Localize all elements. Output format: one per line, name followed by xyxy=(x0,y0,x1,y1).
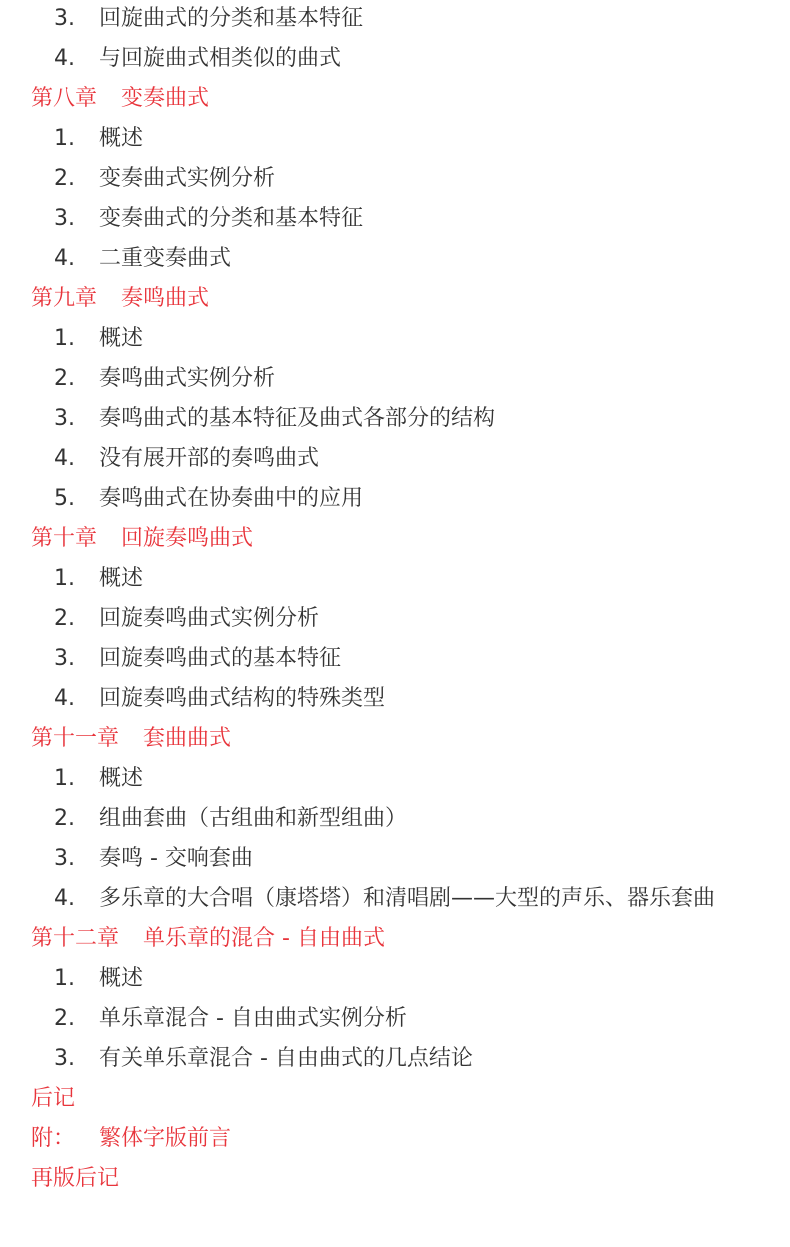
chapter-heading: 再版后记 xyxy=(31,1159,119,1199)
item-text: 与回旋曲式相类似的曲式 xyxy=(99,46,341,71)
toc-item: 3.变奏曲式的分类和基本特征 xyxy=(54,199,363,239)
item-text: 组曲套曲（古组曲和新型组曲） xyxy=(99,806,407,831)
item-text: 概述 xyxy=(99,126,143,151)
item-text: 奏鸣曲式实例分析 xyxy=(99,366,275,391)
item-text: 有关单乐章混合 - 自由曲式的几点结论 xyxy=(99,1046,473,1071)
item-number: 3. xyxy=(54,399,99,439)
toc-item: 4.没有展开部的奏鸣曲式 xyxy=(54,439,319,479)
item-number: 4. xyxy=(54,239,99,279)
item-number: 2. xyxy=(54,359,99,399)
item-text: 奏鸣 - 交响套曲 xyxy=(99,846,253,871)
chapter-title: 奏鸣曲式 xyxy=(121,286,209,311)
toc-item: 2.组曲套曲（古组曲和新型组曲） xyxy=(54,799,407,839)
chapter-title: 套曲曲式 xyxy=(143,726,231,751)
item-number: 4. xyxy=(54,879,99,919)
toc-item: 4.二重变奏曲式 xyxy=(54,239,231,279)
item-number: 5. xyxy=(54,479,99,519)
chapter-heading: 第十章回旋奏鸣曲式 xyxy=(31,519,253,559)
chapter-label: 第八章 xyxy=(31,86,97,111)
toc-item: 3.有关单乐章混合 - 自由曲式的几点结论 xyxy=(54,1039,473,1079)
item-text: 奏鸣曲式在协奏曲中的应用 xyxy=(99,486,363,511)
item-text: 回旋奏鸣曲式的基本特征 xyxy=(99,646,341,671)
toc-item: 4.与回旋曲式相类似的曲式 xyxy=(54,39,341,79)
toc-item: 2.变奏曲式实例分析 xyxy=(54,159,275,199)
item-text: 没有展开部的奏鸣曲式 xyxy=(99,446,319,471)
chapter-title: 单乐章的混合 - 自由曲式 xyxy=(143,926,385,951)
item-text: 概述 xyxy=(99,766,143,791)
item-number: 3. xyxy=(54,1039,99,1079)
item-text: 回旋曲式的分类和基本特征 xyxy=(99,6,363,31)
item-number: 1. xyxy=(54,559,99,599)
item-number: 3. xyxy=(54,839,99,879)
chapter-label: 再版后记 xyxy=(31,1166,119,1191)
toc-item: 2.回旋奏鸣曲式实例分析 xyxy=(54,599,319,639)
item-number: 3. xyxy=(54,0,99,39)
item-text: 概述 xyxy=(99,966,143,991)
toc-item: 1.概述 xyxy=(54,959,143,999)
chapter-heading: 附：繁体字版前言 xyxy=(31,1119,231,1159)
chapter-heading: 第八章变奏曲式 xyxy=(31,79,209,119)
toc-item: 1.概述 xyxy=(54,759,143,799)
item-text: 概述 xyxy=(99,566,143,591)
item-number: 4. xyxy=(54,439,99,479)
item-text: 回旋奏鸣曲式实例分析 xyxy=(99,606,319,631)
item-number: 1. xyxy=(54,759,99,799)
chapter-label: 第十二章 xyxy=(31,926,119,951)
toc-item: 3.回旋曲式的分类和基本特征 xyxy=(54,0,363,39)
chapter-title: 繁体字版前言 xyxy=(99,1126,231,1151)
toc-item: 3.奏鸣 - 交响套曲 xyxy=(54,839,253,879)
chapter-label: 第九章 xyxy=(31,286,97,311)
chapter-label: 第十章 xyxy=(31,526,97,551)
toc-item: 3.回旋奏鸣曲式的基本特征 xyxy=(54,639,341,679)
item-text: 概述 xyxy=(99,326,143,351)
item-number: 2. xyxy=(54,159,99,199)
chapter-heading: 后记 xyxy=(31,1079,75,1119)
toc-item: 3.奏鸣曲式的基本特征及曲式各部分的结构 xyxy=(54,399,495,439)
chapter-label: 第十一章 xyxy=(31,726,119,751)
item-text: 多乐章的大合唱（康塔塔）和清唱剧——大型的声乐、器乐套曲 xyxy=(99,886,715,911)
item-number: 4. xyxy=(54,39,99,79)
chapter-heading: 第九章奏鸣曲式 xyxy=(31,279,209,319)
toc-item: 1.概述 xyxy=(54,319,143,359)
item-text: 单乐章混合 - 自由曲式实例分析 xyxy=(99,1006,407,1031)
item-number: 2. xyxy=(54,599,99,639)
item-text: 二重变奏曲式 xyxy=(99,246,231,271)
chapter-label: 后记 xyxy=(31,1086,75,1111)
chapter-heading: 第十一章套曲曲式 xyxy=(31,719,231,759)
item-number: 1. xyxy=(54,959,99,999)
toc-item: 4.回旋奏鸣曲式结构的特殊类型 xyxy=(54,679,385,719)
item-number: 3. xyxy=(54,199,99,239)
item-number: 2. xyxy=(54,999,99,1039)
chapter-label: 附： xyxy=(31,1126,75,1151)
chapter-title: 回旋奏鸣曲式 xyxy=(121,526,253,551)
toc-item: 4.多乐章的大合唱（康塔塔）和清唱剧——大型的声乐、器乐套曲 xyxy=(54,879,715,919)
item-text: 变奏曲式实例分析 xyxy=(99,166,275,191)
toc-item: 1.概述 xyxy=(54,559,143,599)
item-text: 变奏曲式的分类和基本特征 xyxy=(99,206,363,231)
item-number: 2. xyxy=(54,799,99,839)
item-number: 4. xyxy=(54,679,99,719)
toc-item: 2.奏鸣曲式实例分析 xyxy=(54,359,275,399)
chapter-title: 变奏曲式 xyxy=(121,86,209,111)
item-text: 奏鸣曲式的基本特征及曲式各部分的结构 xyxy=(99,406,495,431)
toc-item: 5.奏鸣曲式在协奏曲中的应用 xyxy=(54,479,363,519)
item-number: 3. xyxy=(54,639,99,679)
chapter-heading: 第十二章单乐章的混合 - 自由曲式 xyxy=(31,919,385,959)
item-text: 回旋奏鸣曲式结构的特殊类型 xyxy=(99,686,385,711)
item-number: 1. xyxy=(54,119,99,159)
toc-item: 1.概述 xyxy=(54,119,143,159)
item-number: 1. xyxy=(54,319,99,359)
toc-item: 2.单乐章混合 - 自由曲式实例分析 xyxy=(54,999,407,1039)
